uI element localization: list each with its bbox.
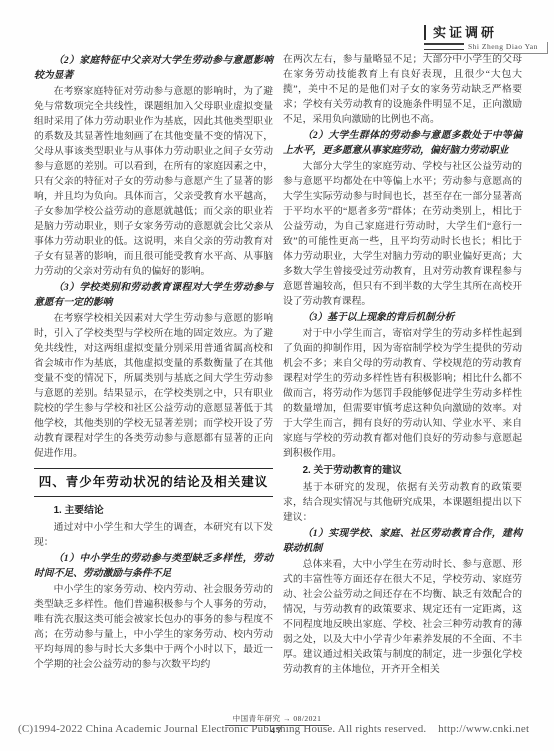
body-paragraph: 在考察家庭特征对劳动参与意愿的影响时，为了避免与常数项完全共线性，课题组加入父母… xyxy=(34,84,273,279)
subsection-heading: （3）基于以上现象的背后机制分析 xyxy=(283,310,522,325)
subsection-heading: （1）实现学校、家庭、社区劳动教育合作，建构联动机制 xyxy=(283,526,522,556)
numbered-heading: 2. 关于劳动教育的建议 xyxy=(283,463,522,478)
section-badge-subtitle: Shi Zheng Diao Yan xyxy=(468,42,538,51)
subsection-heading: （2）家庭特征中父亲对大学生劳动参与意愿影响较为显著 xyxy=(34,53,273,83)
numbered-heading: 1. 主要结论 xyxy=(34,503,273,518)
body-paragraph: 通过对中小学生和大学生的调查，本研究有以下发现： xyxy=(34,520,273,550)
body-paragraph: 大部分大学生的家庭劳动、学校与社区公益劳动的参与意愿平均都处在中等偏上水平；劳动… xyxy=(283,159,522,309)
body-paragraph: 在考察学校相关因素对大学生劳动参与意愿的影响时，引入了学校类型与学校所在地的固定… xyxy=(34,311,273,461)
body-paragraph: 基于本研究的发现，依据有关劳动教育的政策要求，结合现实情况与其他研究成果，本课题… xyxy=(283,480,522,525)
body-paragraph: 中小学生的家务劳动、校内劳动、社会服务劳动的类型缺乏多样性。他们普遍积极参与个人… xyxy=(34,582,273,672)
section-badge-title: 实证调研 xyxy=(424,25,548,40)
copyright-line: (C)1994-2022 China Academic Journal Elec… xyxy=(18,723,548,735)
body-paragraph: 总体来看，大中小学生在劳动时长、参与意愿、形式的丰富性等方面还存在很大不足，学校… xyxy=(283,557,522,677)
body-paragraph: 在两次左右，参与量略显不足；大部分中小学生的父母在家务劳动技能教育上有良好表现，… xyxy=(283,52,522,127)
subsection-heading: （1）中小学生的劳动参与类型缺乏多样性，劳动时间不足、劳动激励与条件不足 xyxy=(34,551,273,581)
left-column: （2）家庭特征中父亲对大学生劳动参与意愿影响较为显著 在考察家庭特征对劳动参与意… xyxy=(34,52,273,672)
section-badge: 实证调研 Shi Zheng Diao Yan xyxy=(424,25,548,54)
subsection-heading: （2）大学生群体的劳动参与意愿多数处于中等偏上水平，更多愿意从事家庭劳动，偏好脑… xyxy=(283,128,522,158)
section-heading-box: 四、青少年劳动状况的结论及相关建议 xyxy=(34,468,273,497)
double-rule-icon xyxy=(424,43,464,50)
body-paragraph: 对于中小学生而言，寄宿对学生的劳动多样性起到了负面的抑制作用，因为寄宿制学校为学… xyxy=(283,326,522,461)
right-column: 在两次左右，参与量略显不足；大部分中小学生的父母在家务劳动技能教育上有良好表现，… xyxy=(283,52,522,677)
journal-page: 实证调研 Shi Zheng Diao Yan （2）家庭特征中父亲对大学生劳动… xyxy=(0,0,554,751)
section-heading: 四、青少年劳动状况的结论及相关建议 xyxy=(39,475,269,489)
subsection-heading: （3）学校类别和劳动教育课程对大学生劳动参与意愿有一定的影响 xyxy=(34,280,273,310)
